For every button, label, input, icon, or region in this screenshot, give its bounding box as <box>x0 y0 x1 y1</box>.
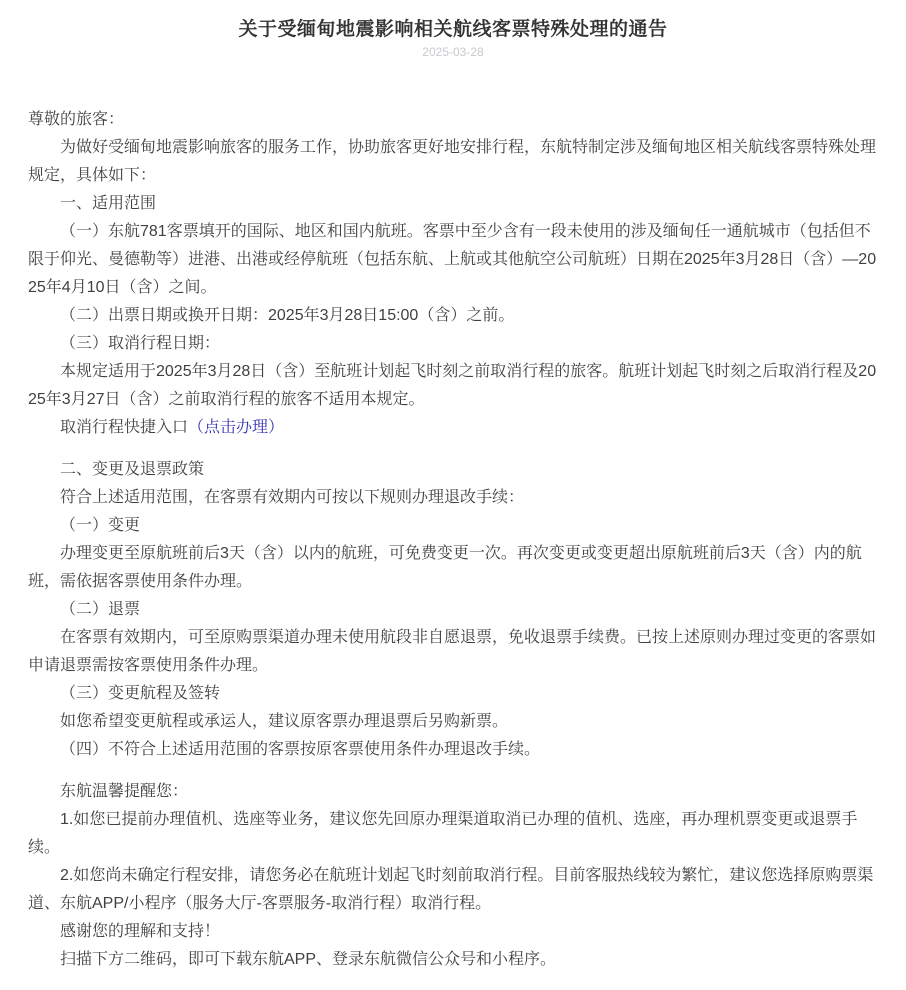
paragraph: （一）变更 <box>28 512 878 540</box>
paragraph-text: （二）出票日期或换开日期：2025年3月28日15:00（含）之前。 <box>60 307 514 324</box>
paragraph-text: （二）退票 <box>60 601 140 618</box>
paragraph: （二）退票 <box>28 596 878 624</box>
paragraph-text: （一）东航781客票填开的国际、地区和国内航班。客票中至少含有一段未使用的涉及缅… <box>28 223 876 296</box>
paragraph: （四）不符合上述适用范围的客票按原客票使用条件办理退改手续。 <box>28 736 878 764</box>
paragraph-text: 本规定适用于2025年3月28日（含）至航班计划起飞时刻之前取消行程的旅客。航班… <box>28 363 876 408</box>
paragraph: （三）变更航程及签转 <box>28 680 878 708</box>
notice-page: 关于受缅甸地震影响相关航线客票特殊处理的通告 2025-03-28 尊敬的旅客：… <box>0 0 906 990</box>
paragraph: 办理变更至原航班前后3天（含）以内的航班，可免费变更一次。再次变更或变更超出原航… <box>28 540 878 596</box>
paragraph-text: 扫描下方二维码，即可下载东航APP、登录东航微信公众号和小程序。 <box>60 951 556 968</box>
paragraph: 二、变更及退票政策 <box>28 456 878 484</box>
paragraph: 在客票有效期内，可至原购票渠道办理未使用航段非自愿退票，免收退票手续费。已按上述… <box>28 624 878 680</box>
paragraph-text: 一、适用范围 <box>60 195 156 212</box>
paragraph: 本规定适用于2025年3月28日（含）至航班计划起飞时刻之前取消行程的旅客。航班… <box>28 358 878 414</box>
paragraph-text: 为做好受缅甸地震影响旅客的服务工作，协助旅客更好地安排行程，东航特制定涉及缅甸地… <box>28 139 876 184</box>
paragraph: 一、适用范围 <box>28 190 878 218</box>
paragraph-text: 二、变更及退票政策 <box>60 461 204 478</box>
paragraph-text: 在客票有效期内，可至原购票渠道办理未使用航段非自愿退票，免收退票手续费。已按上述… <box>28 629 876 674</box>
paragraph-text: 1.如您已提前办理值机、选座等业务，建议您先回原办理渠道取消已办理的值机、选座，… <box>28 811 857 856</box>
paragraph-text: 东航温馨提醒您： <box>60 783 188 800</box>
paragraph: 1.如您已提前办理值机、选座等业务，建议您先回原办理渠道取消已办理的值机、选座，… <box>28 806 878 862</box>
paragraph-text: （一）变更 <box>60 517 140 534</box>
paragraph: 取消行程快捷入口（点击办理） <box>28 414 878 442</box>
paragraph: （二）出票日期或换开日期：2025年3月28日15:00（含）之前。 <box>28 302 878 330</box>
paragraph-text: （三）变更航程及签转 <box>60 685 220 702</box>
paragraph-text: （三）取消行程日期： <box>60 335 220 352</box>
paragraph-text: 感谢您的理解和支持！ <box>60 923 220 940</box>
paragraph-text: （四）不符合上述适用范围的客票按原客票使用条件办理退改手续。 <box>60 741 540 758</box>
publish-date: 2025-03-28 <box>28 44 878 60</box>
paragraph-text: 如您希望变更航程或承运人，建议原客票办理退票后另购新票。 <box>60 713 508 730</box>
paragraph: 如您希望变更航程或承运人，建议原客票办理退票后另购新票。 <box>28 708 878 736</box>
paragraph: 2.如您尚未确定行程安排，请您务必在航班计划起飞时刻前取消行程。目前客服热线较为… <box>28 862 878 918</box>
paragraph: 东航温馨提醒您： <box>28 778 878 806</box>
paragraph-text: 取消行程快捷入口 <box>60 419 188 436</box>
paragraph-text: 符合上述适用范围，在客票有效期内可按以下规则办理退改手续： <box>60 489 524 506</box>
paragraph-text: 办理变更至原航班前后3天（含）以内的航班，可免费变更一次。再次变更或变更超出原航… <box>28 545 862 590</box>
paragraph-text: 2.如您尚未确定行程安排，请您务必在航班计划起飞时刻前取消行程。目前客服热线较为… <box>28 867 873 912</box>
paragraph: 符合上述适用范围，在客票有效期内可按以下规则办理退改手续： <box>28 484 878 512</box>
paragraph: （一）东航781客票填开的国际、地区和国内航班。客票中至少含有一段未使用的涉及缅… <box>28 218 878 302</box>
cancel-trip-link[interactable]: （点击办理） <box>188 419 284 436</box>
paragraph: 尊敬的旅客： <box>28 106 878 134</box>
paragraph: 为做好受缅甸地震影响旅客的服务工作，协助旅客更好地安排行程，东航特制定涉及缅甸地… <box>28 134 878 190</box>
paragraph-text: 尊敬的旅客： <box>28 111 124 128</box>
paragraph: 扫描下方二维码，即可下载东航APP、登录东航微信公众号和小程序。 <box>28 946 878 974</box>
page-title: 关于受缅甸地震影响相关航线客票特殊处理的通告 <box>28 16 878 44</box>
paragraph: （三）取消行程日期： <box>28 330 878 358</box>
notice-body: 尊敬的旅客：为做好受缅甸地震影响旅客的服务工作，协助旅客更好地安排行程，东航特制… <box>28 106 878 974</box>
paragraph: 感谢您的理解和支持！ <box>28 918 878 946</box>
